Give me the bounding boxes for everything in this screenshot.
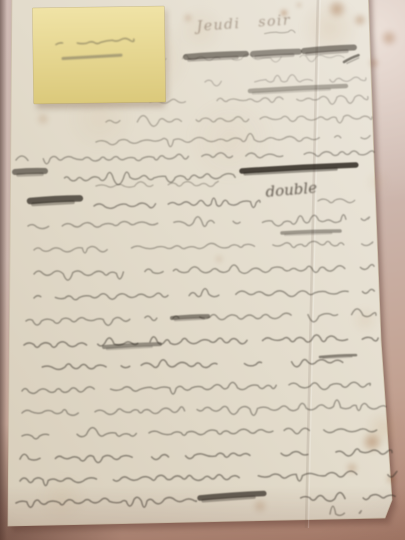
ink-strike <box>15 171 45 172</box>
foxing-stain <box>183 13 193 23</box>
foxing-stain <box>36 112 50 126</box>
photo-backdrop: Jeudi soir double <box>0 0 405 540</box>
foxing-stain <box>365 170 389 194</box>
ink-strike-smudge <box>33 202 73 204</box>
foxing-stain <box>297 3 302 8</box>
letter-photo: Jeudi soir double <box>0 0 405 540</box>
foxing-stain <box>252 498 268 514</box>
foxing-stain <box>353 13 367 27</box>
foxing-stain <box>368 57 380 69</box>
sticky-note-group <box>32 6 168 109</box>
ink-strike-smudge <box>256 55 293 57</box>
ink-strike-smudge <box>189 58 237 61</box>
foxing-stain <box>380 29 398 47</box>
ink-strike-smudge <box>18 174 42 175</box>
foxing-stain <box>214 254 224 264</box>
ink-strike-smudge <box>175 319 204 321</box>
